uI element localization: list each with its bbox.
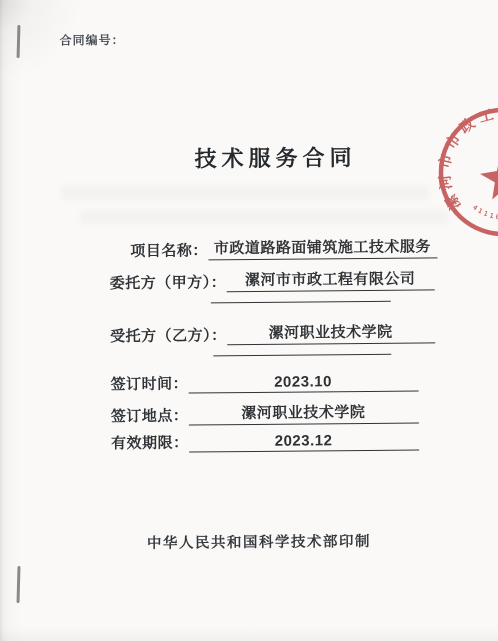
field-value-underlined: 市政道路路面铺筑施工技术服务 bbox=[208, 235, 437, 260]
stamp-serial-number: 4111040071 bbox=[470, 196, 498, 226]
svg-text:漯河市市政工程有限公司: 漯河市市政工程有限公司 bbox=[428, 95, 498, 214]
field-value-underlined: 2023.12 bbox=[188, 432, 418, 453]
scanned-contract-page: 合同编号： 技术服务合同 项目名称： 市政道路路面铺筑施工技术服务 委托方（甲方… bbox=[0, 0, 498, 641]
field-validity: 有效期限： 2023.12 bbox=[111, 430, 419, 454]
svg-text:4111040071: 4111040071 bbox=[470, 196, 498, 226]
field-label: 签订时间： bbox=[110, 373, 188, 395]
contract-number-label: 合同编号： bbox=[59, 31, 124, 49]
field-label: 受托方（乙方）： bbox=[110, 324, 227, 346]
field-label: 项目名称： bbox=[130, 239, 208, 261]
field-value-underlined: 漯河市市政工程有限公司 bbox=[226, 267, 434, 292]
stamp-star-icon bbox=[478, 151, 498, 201]
field-party-a: 委托方（甲方）： 漯河市市政工程有限公司 bbox=[110, 267, 435, 293]
field-party-b: 受托方（乙方）： 漯河职业技术学院 bbox=[110, 320, 435, 346]
field-label: 有效期限： bbox=[111, 432, 189, 454]
blank-fill-line bbox=[211, 300, 391, 304]
document-title: 技术服务合同 bbox=[26, 140, 498, 175]
footer-printer-line: 中华人民共和国科学技术部印制 bbox=[10, 529, 498, 554]
field-value-underlined: 漯河职业技术学院 bbox=[227, 320, 435, 345]
document-content: 合同编号： 技术服务合同 项目名称： 市政道路路面铺筑施工技术服务 委托方（甲方… bbox=[0, 0, 498, 641]
field-sign-place: 签订地点： 漯河职业技术学院 bbox=[111, 401, 419, 427]
field-label: 签订地点： bbox=[111, 405, 189, 427]
field-value-underlined: 漯河职业技术学院 bbox=[188, 401, 418, 426]
field-value-underlined: 2023.10 bbox=[188, 373, 418, 394]
stamp-org-text: 漯河市市政工程有限公司 bbox=[428, 95, 498, 214]
field-label: 委托方（甲方）： bbox=[110, 271, 227, 293]
blank-fill-line bbox=[213, 353, 391, 357]
field-sign-time: 签订时间： 2023.10 bbox=[110, 371, 418, 395]
field-project-name: 项目名称： 市政道路路面铺筑施工技术服务 bbox=[130, 235, 437, 261]
